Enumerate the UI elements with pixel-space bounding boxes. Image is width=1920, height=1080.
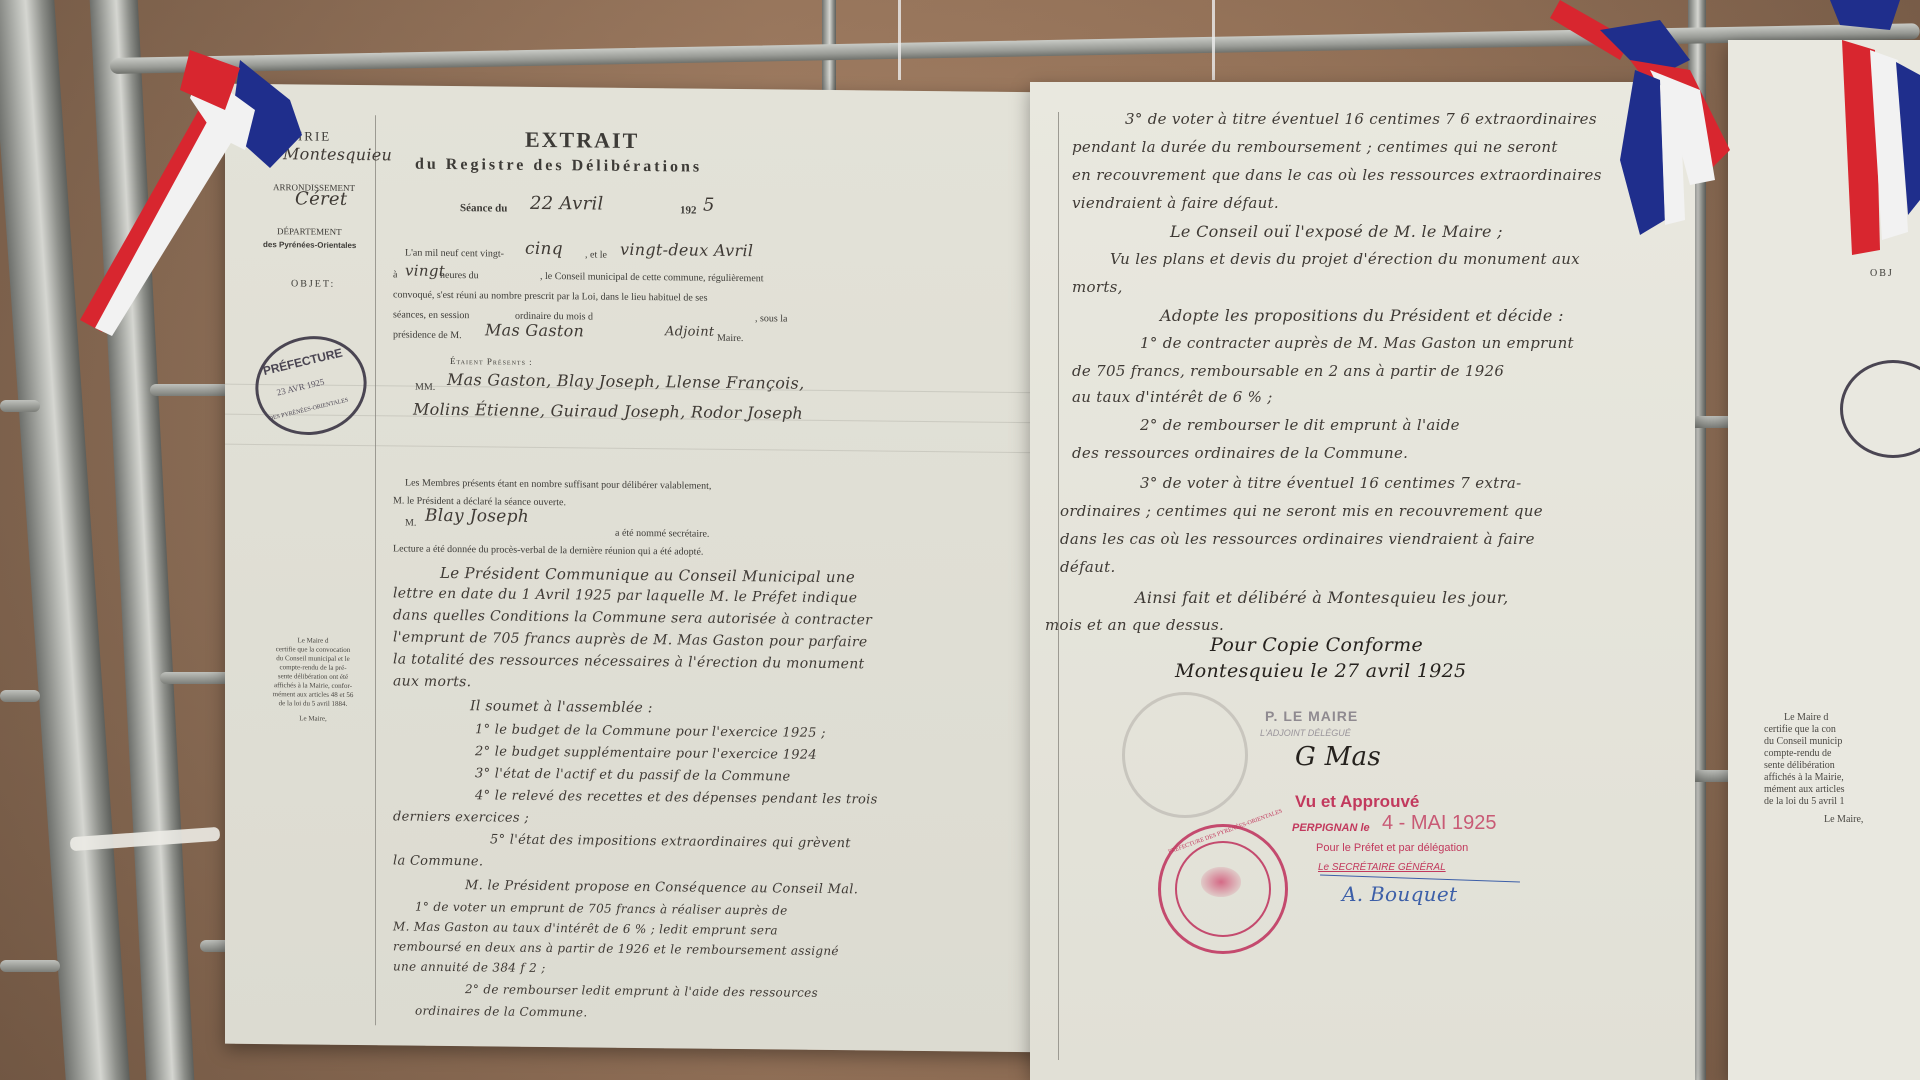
right-body-line: Vu les plans et devis du projet d'érecti… xyxy=(1110,250,1580,268)
note-line: Le Maire, xyxy=(257,714,369,724)
body-line: Le Président Communique au Conseil Munic… xyxy=(440,564,855,586)
president-role: Adjoint xyxy=(665,324,714,340)
presents-prefix: MM. xyxy=(415,382,435,393)
body-line: 4° le relevé des recettes et des dépense… xyxy=(475,788,878,807)
tricolor-ribbon-left xyxy=(40,40,310,340)
right-body-line: 3° de voter à titre éventuel 16 centimes… xyxy=(1140,474,1522,492)
seance-label: Séance du xyxy=(460,202,507,214)
tricolor-ribbon-middle xyxy=(1540,0,1740,250)
hanging-string xyxy=(1212,0,1215,80)
hanging-string xyxy=(898,0,901,80)
document-subtitle: du Registre des Délibérations xyxy=(415,156,702,177)
maire-stamp-line-1: P. LE MAIRE xyxy=(1265,708,1358,724)
approval-secretary: Le SECRÉTAIRE GÉNÉRAL xyxy=(1318,862,1446,873)
secretary-signature: A. Bouquet xyxy=(1342,882,1457,906)
preamble-line-1: L'an mil neuf cent vingt- xyxy=(405,248,504,260)
preamble-maire: Maire. xyxy=(717,333,743,344)
margin-rule xyxy=(375,115,376,1025)
mairie-faded-stamp xyxy=(1122,692,1248,818)
stamp-top-text: PRÉFECTURE xyxy=(262,346,344,378)
preamble-et-le: , et le xyxy=(585,249,607,260)
note-line: Le Maire d xyxy=(1764,712,1920,724)
note-line: du Conseil municip xyxy=(1764,736,1920,748)
body-line: remboursé en deux ans à partir de 1926 e… xyxy=(393,939,839,958)
presents-line-1: Mas Gaston, Blay Joseph, Llense François… xyxy=(447,370,804,393)
right-body-line: au taux d'intérêt de 6 % ; xyxy=(1072,388,1273,406)
quorum-text: Les Membres présents étant en nombre suf… xyxy=(405,478,711,492)
document-title: EXTRAIT xyxy=(525,127,639,154)
seance-date: 22 Avril xyxy=(530,193,604,215)
right-body-line: des ressources ordinaires de la Commune. xyxy=(1072,444,1408,462)
body-line: 2° le budget supplémentaire pour l'exerc… xyxy=(475,744,817,763)
stamp-date-text: 23 AVR 1925 xyxy=(276,377,326,398)
approval-place: PERPIGNAN le xyxy=(1292,822,1370,834)
preamble-conseil: , le Conseil municipal de cette commune,… xyxy=(540,271,764,284)
far-objet-partial: OBJ xyxy=(1870,268,1894,279)
prefecture-arrival-stamp: PRÉFECTURE 23 AVR 1925 DES PYRÉNÉES-ORIE… xyxy=(245,325,377,446)
right-body-line: défaut. xyxy=(1060,558,1116,576)
approval-date: 4 - MAI 1925 xyxy=(1382,812,1497,835)
body-line: dans quelles Conditions la Commune sera … xyxy=(393,607,872,628)
right-body-line: dans les cas où les ressources ordinaire… xyxy=(1060,530,1535,548)
maire-signature: G Mas xyxy=(1295,742,1381,772)
note-line: de la loi du 5 avril 1 xyxy=(1764,796,1920,808)
body-line: la totalité des ressources nécessaires à… xyxy=(393,651,864,672)
far-prefecture-stamp xyxy=(1840,360,1920,458)
presents-label: Étaient Présents : xyxy=(450,356,533,367)
seance-year: 192 xyxy=(680,204,697,216)
far-margin-note: Le Maire d certifie que la con du Consei… xyxy=(1764,712,1920,826)
stamp-bottom-text: DES PYRÉNÉES-ORIENTALES xyxy=(268,397,349,422)
body-line: l'emprunt de 705 francs auprès de M. Mas… xyxy=(393,629,868,650)
note-line: compte-rendu de xyxy=(1764,748,1920,760)
presents-line-2: Molins Étienne, Guiraud Joseph, Rodor Jo… xyxy=(413,400,803,423)
body-line: M. Mas Gaston au taux d'intérêt de 6 % ;… xyxy=(393,919,778,937)
ruled-line xyxy=(225,444,1055,454)
right-body-line: Adopte les propositions du Président et … xyxy=(1160,306,1564,325)
approval-delegation: Pour le Préfet et par délégation xyxy=(1316,842,1468,854)
right-body-line: ordinaires ; centimes qui ne seront mis … xyxy=(1060,502,1543,520)
maire-stamp-line-2: L'ADJOINT DÉLÉGUÉ xyxy=(1260,728,1351,738)
copie-conforme-line-1: Pour Copie Conforme xyxy=(1210,634,1423,656)
note-line: sente délibération xyxy=(1764,760,1920,772)
prefecture-seal-stamp: PRÉFECTURE DES PYRÉNÉES-ORIENTALES xyxy=(1158,824,1288,954)
secretary-suffix: a été nommé secrétaire. xyxy=(615,528,709,540)
rod-stub xyxy=(0,960,60,972)
note-line: de la loi du 5 avril 1884. xyxy=(257,699,369,709)
preamble-day-hand: vingt-deux Avril xyxy=(620,240,753,260)
margin-rule xyxy=(1058,112,1059,1060)
preamble-year-hand: cinq xyxy=(525,239,563,259)
margin-certification-note: Le Maire d certifie que la convocation d… xyxy=(257,636,369,724)
secretary-name: Blay Joseph xyxy=(425,506,529,527)
right-body-line: morts, xyxy=(1072,278,1123,296)
body-line: 1° le budget de la Commune pour l'exerci… xyxy=(475,722,826,741)
tricolor-ribbon-right xyxy=(1820,0,1920,260)
preamble-sous-la: , sous la xyxy=(755,313,788,324)
right-body-line: viendraient à faire défaut. xyxy=(1072,194,1279,212)
right-body-line: pendant la durée du remboursement ; cent… xyxy=(1072,138,1558,156)
lecture-text: Lecture a été donnée du procès-verbal de… xyxy=(393,543,703,557)
right-body-line: mois et an que dessus. xyxy=(1045,616,1224,634)
seal-map-emblem xyxy=(1201,867,1241,897)
note-line: Le Maire, xyxy=(1764,814,1920,826)
rod-stub xyxy=(0,690,40,702)
preamble-seances: séances, en session xyxy=(393,309,469,321)
body-line: lettre en date du 1 Avril 1925 par laque… xyxy=(393,585,857,606)
right-body-line: 1° de contracter auprès de M. Mas Gaston… xyxy=(1140,334,1574,352)
body-line: 3° l'état de l'actif et du passif de la … xyxy=(475,766,790,784)
preamble-a: à xyxy=(393,269,397,280)
rod-stub xyxy=(150,384,230,396)
preamble-line-3: convoqué, s'est réuni au nombre prescrit… xyxy=(393,289,707,303)
body-line: ordinaires de la Commune. xyxy=(415,1004,587,1020)
note-line: certifie que la con xyxy=(1764,724,1920,736)
register-extract-left-page: MAIRIE Montesquieu ARRONDISSEMENT Céret … xyxy=(225,84,1055,1053)
secretary-prefix: M. xyxy=(405,518,416,529)
body-line: la Commune. xyxy=(393,853,483,869)
seance-year-hand: 5 xyxy=(703,195,715,216)
note-line: affichés à la Mairie, xyxy=(1764,772,1920,784)
right-body-line: Ainsi fait et délibéré à Montesquieu les… xyxy=(1135,588,1508,607)
body-line: 1° de voter un emprunt de 705 francs à r… xyxy=(415,900,788,918)
body-line: 2° de rembourser ledit emprunt à l'aide … xyxy=(465,982,818,1000)
right-body-line: Le Conseil ouï l'exposé de M. le Maire ; xyxy=(1170,222,1503,241)
copie-conforme-line-2: Montesquieu le 27 avril 1925 xyxy=(1175,660,1466,682)
right-body-line: en recouvrement que dans le cas où les r… xyxy=(1072,166,1602,184)
body-line: 5° l'état des impositions extraordinaire… xyxy=(490,832,851,851)
body-line: une annuité de 384 f 2 ; xyxy=(393,959,546,975)
body-line: M. le Président propose en Conséquence a… xyxy=(465,878,858,897)
right-body-line: 2° de rembourser le dit emprunt à l'aide xyxy=(1140,416,1460,434)
note-line: mément aux articles xyxy=(1764,784,1920,796)
body-line: derniers exercices ; xyxy=(393,809,529,825)
rod-stub xyxy=(0,400,40,412)
right-body-line: 3° de voter à titre éventuel 16 centimes… xyxy=(1125,110,1597,128)
right-body-line: de 705 francs, remboursable en 2 ans à p… xyxy=(1072,362,1504,380)
preamble-heures: heures du xyxy=(440,270,479,281)
preamble-presidence: présidence de M. xyxy=(393,329,462,341)
body-line: Il soumet à l'assemblée : xyxy=(470,698,653,716)
approval-title: Vu et Approuvé xyxy=(1295,792,1419,812)
body-line: aux morts. xyxy=(393,673,471,690)
president-name: Mas Gaston xyxy=(485,320,584,340)
